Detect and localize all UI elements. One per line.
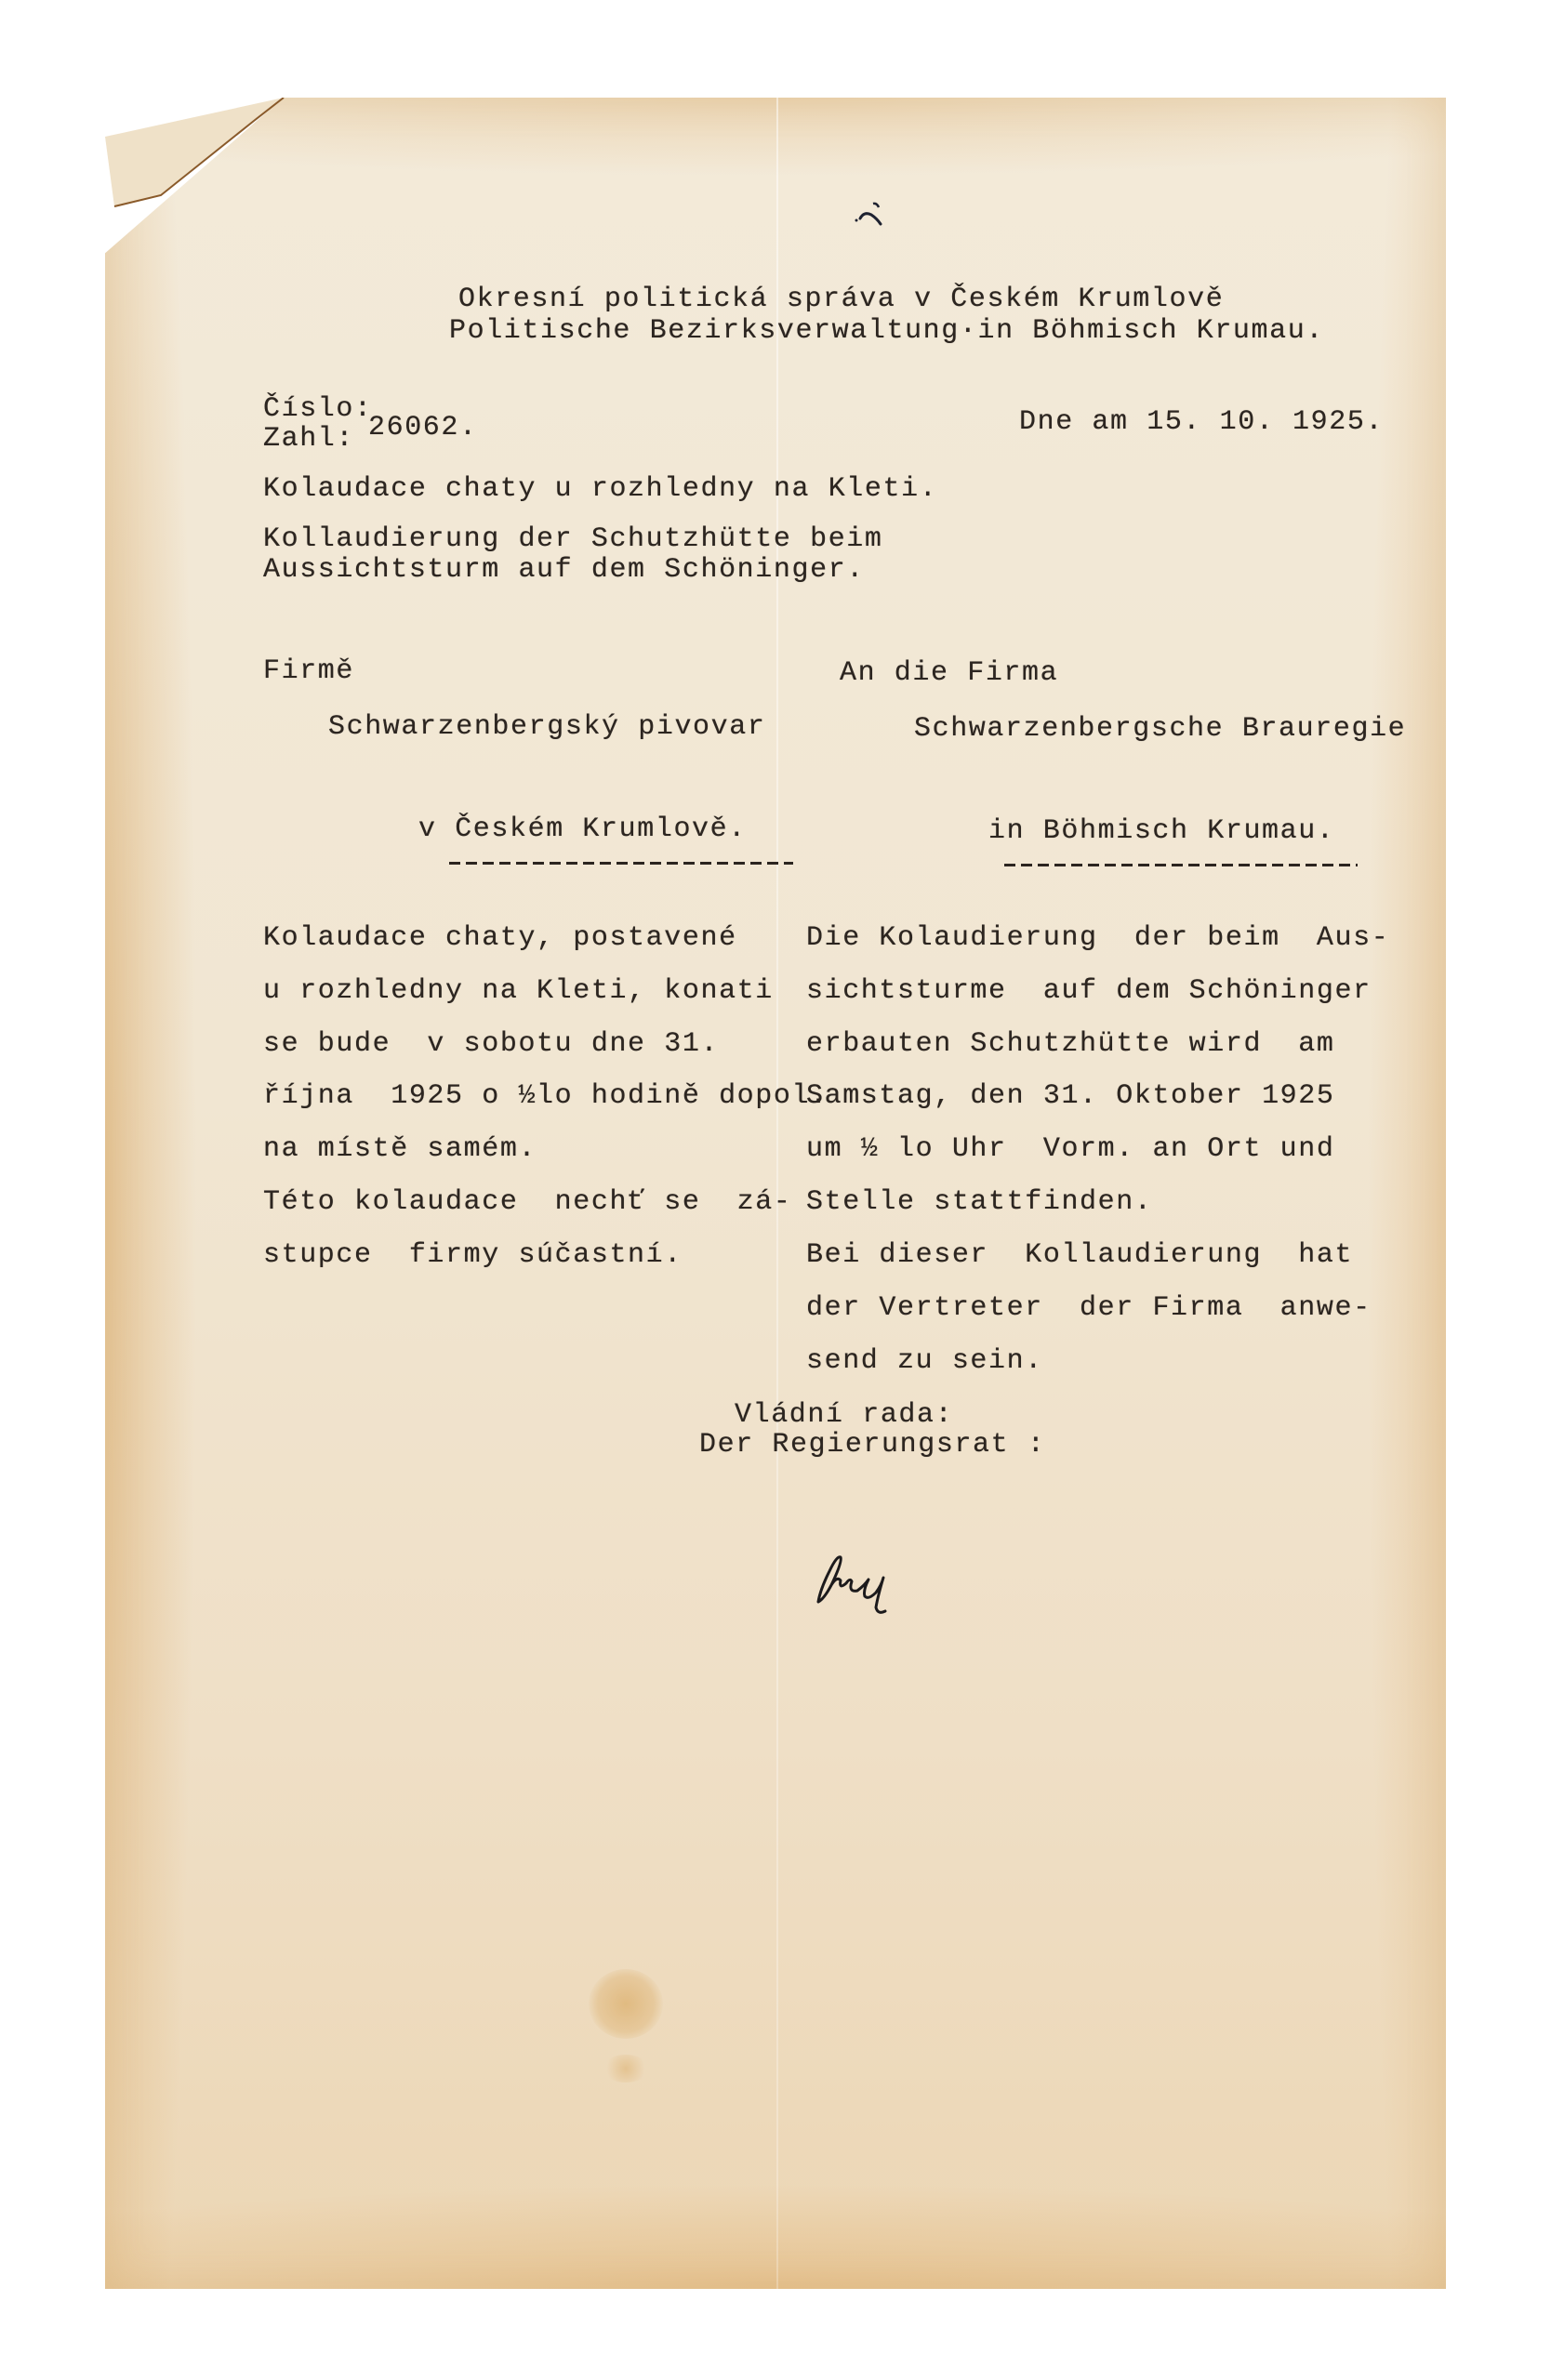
body-german-line: erbauten Schutzhütte wird am (806, 1028, 1335, 1060)
body-czech-line: října 1925 o ½lo hodině dopol. (263, 1080, 829, 1112)
reference-number: 26062. (368, 412, 478, 443)
body-german-line: der Vertreter der Firma anwe- (806, 1292, 1372, 1324)
water-stain (589, 1969, 663, 2039)
reference-label-czech: Číslo: (263, 393, 373, 425)
underline-dashes (449, 862, 793, 865)
body-german-line: sichtsturme auf dem Schöninger (806, 975, 1372, 1007)
signoff-czech: Vládní rada: (735, 1399, 953, 1431)
subject-german-line1: Kollaudierung der Schutzhütte beim (263, 523, 883, 555)
body-german-line: Samstag, den 31. Oktober 1925 (806, 1080, 1335, 1112)
addressee-place-german: in Böhmisch Krumau. (988, 815, 1334, 847)
body-czech-line: Této kolaudace nechť se zá- (263, 1186, 792, 1218)
signoff-german: Der Regierungsrat : (699, 1429, 1045, 1461)
water-stain (603, 2055, 649, 2082)
ink-mark (851, 200, 888, 228)
body-german-line: Bei dieser Kollaudierung hat (806, 1239, 1353, 1271)
body-german-line: um ½ lo Uhr Vorm. an Ort und (806, 1133, 1335, 1165)
addressee-name-german: Schwarzenbergsche Brauregie (914, 713, 1406, 745)
underline-dashes (1004, 864, 1358, 866)
addressee-place-czech: v Českém Krumlově. (418, 813, 747, 845)
salutation-german: An die Firma (840, 657, 1058, 689)
header-german: Politische Bezirksverwaltung·in Böhmisch… (449, 315, 1324, 347)
body-german-line: Die Kolaudierung der beim Aus- (806, 922, 1389, 954)
body-german-line: Stelle stattfinden. (806, 1186, 1152, 1218)
reference-label-german: Zahl: (263, 423, 354, 455)
body-german-line: send zu sein. (806, 1345, 1043, 1377)
addressee-name-czech: Schwarzenbergský pivovar (328, 711, 765, 743)
body-czech-line: na místě samém. (263, 1133, 537, 1165)
handwritten-signature (811, 1539, 904, 1622)
subject-german-line2: Aussichtsturm auf dem Schöninger. (263, 554, 865, 586)
body-czech-line: u rozhledny na Kleti, konati (263, 975, 774, 1007)
subject-czech: Kolaudace chaty u rozhledny na Kleti. (263, 473, 937, 505)
salutation-czech: Firmě (263, 655, 354, 687)
header-czech: Okresní politická správa v Českém Krumlo… (458, 284, 1224, 315)
body-czech-line: stupce firmy súčastní. (263, 1239, 683, 1271)
body-czech-line: se bude v sobotu dne 31. (263, 1028, 719, 1060)
document-date: Dne am 15. 10. 1925. (1019, 406, 1384, 438)
body-czech-line: Kolaudace chaty, postavené (263, 922, 737, 954)
